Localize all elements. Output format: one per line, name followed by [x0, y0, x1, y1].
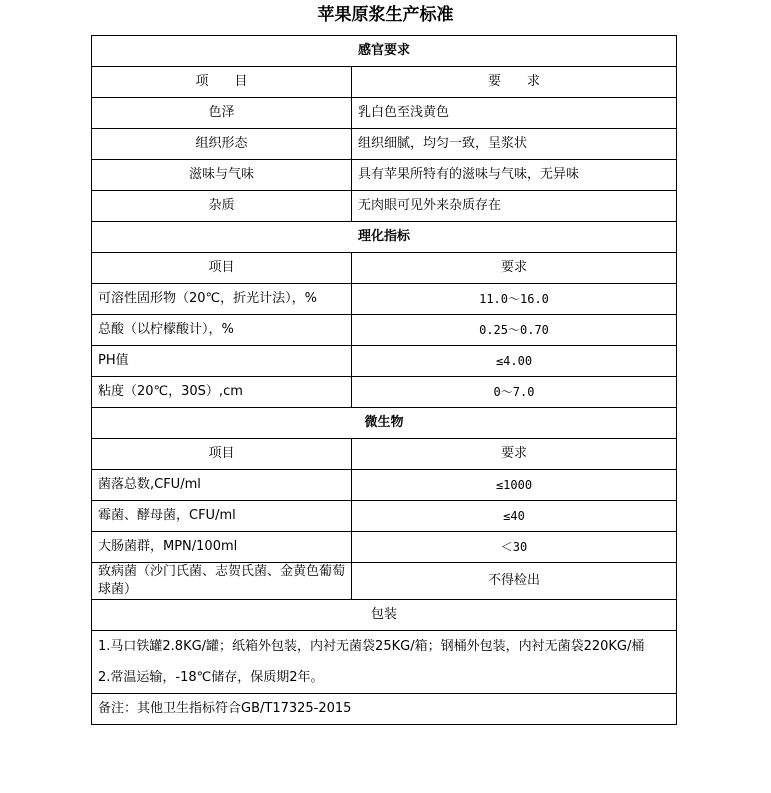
page-title: 苹果原浆生产标准	[0, 4, 771, 26]
item-cell: 致病菌（沙门氏菌、志贺氏菌、金黄色葡萄球菌）	[92, 563, 352, 600]
table-row: 组织形态 组织细腻，均匀一致，呈浆状	[92, 129, 677, 160]
table-row: 致病菌（沙门氏菌、志贺氏菌、金黄色葡萄球菌） 不得检出	[92, 563, 677, 600]
requirement-cell: 乳白色至浅黄色	[352, 98, 677, 129]
section-title-sensory: 感官要求	[92, 36, 677, 67]
requirement-cell: ≤1000	[352, 470, 677, 501]
header-row-physchem: 项目 要求	[92, 253, 677, 284]
table-row: 粘度（20℃，30S）,cm 0～7.0	[92, 377, 677, 408]
column-header-requirement: 要 求	[352, 67, 677, 98]
column-header-item: 项目	[92, 253, 352, 284]
requirement-cell: 0.25～0.70	[352, 315, 677, 346]
header-row-micro: 项目 要求	[92, 439, 677, 470]
section-row-packaging: 包装	[92, 600, 677, 631]
requirement-cell: 组织细腻，均匀一致，呈浆状	[352, 129, 677, 160]
section-row-micro: 微生物	[92, 408, 677, 439]
item-cell: PH值	[92, 346, 352, 377]
standards-table: 感官要求 项 目 要 求 色泽 乳白色至浅黄色 组织形态 组织细腻，均匀一致，呈…	[91, 35, 677, 725]
item-cell: 滋味与气味	[92, 160, 352, 191]
item-cell: 组织形态	[92, 129, 352, 160]
requirement-cell: 11.0～16.0	[352, 284, 677, 315]
column-header-requirement: 要求	[352, 253, 677, 284]
table-row: 可溶性固形物（20℃，折光计法），% 11.0～16.0	[92, 284, 677, 315]
requirement-cell: ＜30	[352, 532, 677, 563]
table-row: 大肠菌群，MPN/100ml ＜30	[92, 532, 677, 563]
item-cell: 可溶性固形物（20℃，折光计法），%	[92, 284, 352, 315]
item-cell: 菌落总数,CFU/ml	[92, 470, 352, 501]
table-row: 色泽 乳白色至浅黄色	[92, 98, 677, 129]
item-cell: 杂质	[92, 191, 352, 222]
packaging-line: 1.马口铁罐2.8KG/罐；纸箱外包装，内衬无菌袋25KG/箱；钢桶外包装，内衬…	[98, 631, 670, 662]
table-row: 菌落总数,CFU/ml ≤1000	[92, 470, 677, 501]
requirement-cell: ≤4.00	[352, 346, 677, 377]
requirement-cell: 无肉眼可见外来杂质存在	[352, 191, 677, 222]
column-header-item: 项目	[92, 439, 352, 470]
table-row: 总酸（以柠檬酸计），% 0.25～0.70	[92, 315, 677, 346]
item-cell: 粘度（20℃，30S）,cm	[92, 377, 352, 408]
item-cell: 大肠菌群，MPN/100ml	[92, 532, 352, 563]
section-title-physchem: 理化指标	[92, 222, 677, 253]
packaging-cell: 1.马口铁罐2.8KG/罐；纸箱外包装，内衬无菌袋25KG/箱；钢桶外包装，内衬…	[92, 631, 677, 694]
requirement-cell: 具有苹果所特有的滋味与气味，无异味	[352, 160, 677, 191]
item-cell: 色泽	[92, 98, 352, 129]
packaging-row: 1.马口铁罐2.8KG/罐；纸箱外包装，内衬无菌袋25KG/箱；钢桶外包装，内衬…	[92, 631, 677, 694]
requirement-cell: 0～7.0	[352, 377, 677, 408]
section-row-physchem: 理化指标	[92, 222, 677, 253]
item-cell: 总酸（以柠檬酸计），%	[92, 315, 352, 346]
table-row: 霉菌、酵母菌，CFU/ml ≤40	[92, 501, 677, 532]
section-row-sensory: 感官要求	[92, 36, 677, 67]
section-title-micro: 微生物	[92, 408, 677, 439]
table-row: 杂质 无肉眼可见外来杂质存在	[92, 191, 677, 222]
column-header-item: 项 目	[92, 67, 352, 98]
item-cell: 霉菌、酵母菌，CFU/ml	[92, 501, 352, 532]
header-row-sensory: 项 目 要 求	[92, 67, 677, 98]
table-row: 滋味与气味 具有苹果所特有的滋味与气味，无异味	[92, 160, 677, 191]
requirement-cell: ≤40	[352, 501, 677, 532]
requirement-cell: 不得检出	[352, 563, 677, 600]
packaging-line: 2.常温运输，-18℃储存，保质期2年。	[98, 662, 670, 693]
note-row: 备注：其他卫生指标符合GB/T17325-2015	[92, 694, 677, 725]
section-title-packaging: 包装	[92, 600, 677, 631]
table-row: PH值 ≤4.00	[92, 346, 677, 377]
column-header-requirement: 要求	[352, 439, 677, 470]
note-cell: 备注：其他卫生指标符合GB/T17325-2015	[92, 694, 677, 725]
